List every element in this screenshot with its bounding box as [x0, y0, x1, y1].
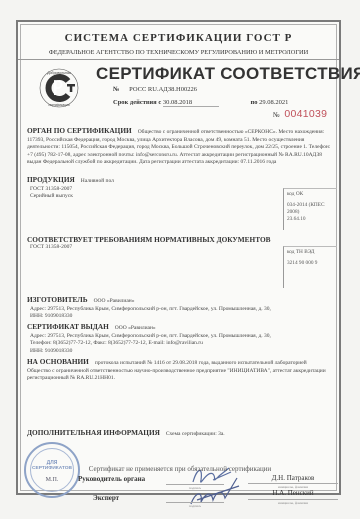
head-name: Д.Н. Патраков	[253, 474, 333, 482]
to-label: по	[250, 99, 257, 106]
additional-info-text: Схема сертификации: 3а.	[166, 431, 225, 437]
issued-to-name: ООО «Равилиан»	[115, 325, 156, 331]
head-label: Руководитель органа	[78, 475, 145, 483]
expert-label: Эксперт	[93, 494, 119, 502]
manufacturer-inn: ИНН: 9109018330	[27, 313, 327, 321]
basis-section: НА ОСНОВАНИИпротокола испытаний № 1416 о…	[27, 358, 327, 383]
section-heading: СООТВЕТСТВУЕТ ТРЕБОВАНИЯМ НОРМАТИВНЫХ ДО…	[27, 236, 271, 244]
head-name-line	[248, 483, 338, 484]
tnved-label: код ТН ВЭД	[287, 249, 337, 256]
ok-code-value-1: 034-2014 (КПЕС 2008)	[287, 202, 337, 216]
stamp-mp-label: М.П.	[26, 477, 78, 483]
serial-number-row: № 0041039	[273, 108, 327, 120]
certification-body-section: ОРГАН ПО СЕРТИФИКАЦИИОбщество с ограниче…	[27, 127, 332, 167]
section-heading: ОРГАН ПО СЕРТИФИКАЦИИ	[27, 126, 132, 135]
issued-to-contacts: Телефон: 8(3652)77-72-12, Факс: 8(3652)7…	[27, 340, 327, 348]
section-heading: СЕРТИФИКАТ ВЫДАН	[27, 322, 109, 331]
head-signature-line	[166, 484, 224, 485]
certificate-frame: СИСТЕМА СЕРТИФИКАЦИИ ГОСТ Р ФЕДЕРАЛЬНОЕ …	[16, 20, 341, 495]
validity-label: Срок действия	[113, 99, 157, 106]
certificate-title: СЕРТИФИКАТ СООТВЕТСТВИЯ	[96, 64, 360, 84]
additional-info-section: ДОПОЛНИТЕЛЬНАЯ ИНФОРМАЦИЯСхема сертифика…	[27, 429, 225, 439]
from-label: с	[158, 99, 161, 106]
manufacturer-name: ООО «Равилиан»	[94, 298, 135, 304]
certificate-number: РОСС RU.АДЗ8.Н00226	[129, 86, 197, 93]
compliance-standard: ГОСТ 31358-2007	[27, 244, 277, 252]
system-title: СИСТЕМА СЕРТИФИКАЦИИ ГОСТ Р	[18, 32, 339, 44]
ok-code-box: код ОК 034-2014 (КПЕС 2008) 23.64.10	[283, 188, 337, 230]
compliance-section: СООТВЕТСТВУЕТ ТРЕБОВАНИЯМ НОРМАТИВНЫХ ДО…	[27, 236, 277, 251]
number-label: №	[113, 86, 120, 93]
section-heading: ИЗГОТОВИТЕЛЬ	[27, 295, 88, 304]
expert-name-line	[248, 499, 338, 500]
expert-signature-line	[166, 502, 224, 503]
svg-text:Добровольная: Добровольная	[47, 71, 71, 75]
ok-code-value-2: 23.64.10	[287, 216, 337, 223]
from-date: 30.08.2018	[163, 99, 219, 107]
expert-name: Н.А. Пенский	[253, 489, 333, 497]
agency-name: ФЕДЕРАЛЬНОЕ АГЕНТСТВО ПО ТЕХНИЧЕСКОМУ РЕ…	[18, 49, 339, 56]
product-name: Наливной пол	[81, 178, 114, 184]
serial-label: №	[273, 111, 280, 119]
divider	[18, 59, 339, 60]
product-release: Серийный выпуск	[27, 193, 257, 201]
section-heading: ДОПОЛНИТЕЛЬНАЯ ИНФОРМАЦИЯ	[27, 428, 160, 437]
svg-text:сертификация: сертификация	[48, 103, 70, 107]
section-heading: ПРОДУКЦИЯ	[27, 175, 75, 184]
serial-number: 0041039	[284, 108, 327, 120]
to-date: 29.08.2021	[259, 99, 288, 106]
manufacturer-section: ИЗГОТОВИТЕЛЬООО «Равилиан» Адрес: 297513…	[27, 296, 327, 321]
manufacturer-address: Адрес: 297513, Республика Крым, Симфероп…	[27, 306, 327, 314]
issued-to-inn: ИНН: 9109018330	[27, 348, 327, 356]
tnved-value: 3214 90 000 9	[287, 260, 337, 267]
issued-to-section: СЕРТИФИКАТ ВЫДАНООО «Равилиан» Адрес: 29…	[27, 323, 327, 355]
rst-logo-icon: Добровольная сертификация	[38, 67, 80, 109]
section-heading: НА ОСНОВАНИИ	[27, 357, 89, 366]
footer-note: Сертификат не применяется при обязательн…	[0, 465, 360, 473]
tnved-code-box: код ТН ВЭД 3214 90 000 9	[283, 246, 337, 288]
validity-row: Срок действия с 30.08.2018 по 29.08.2021	[113, 99, 288, 107]
ok-code-label: код ОК	[287, 191, 337, 198]
product-section: ПРОДУКЦИЯНаливной пол ГОСТ 31358-2007 Се…	[27, 176, 257, 201]
certificate-number-row: № РОСС RU.АДЗ8.Н00226	[113, 86, 197, 93]
